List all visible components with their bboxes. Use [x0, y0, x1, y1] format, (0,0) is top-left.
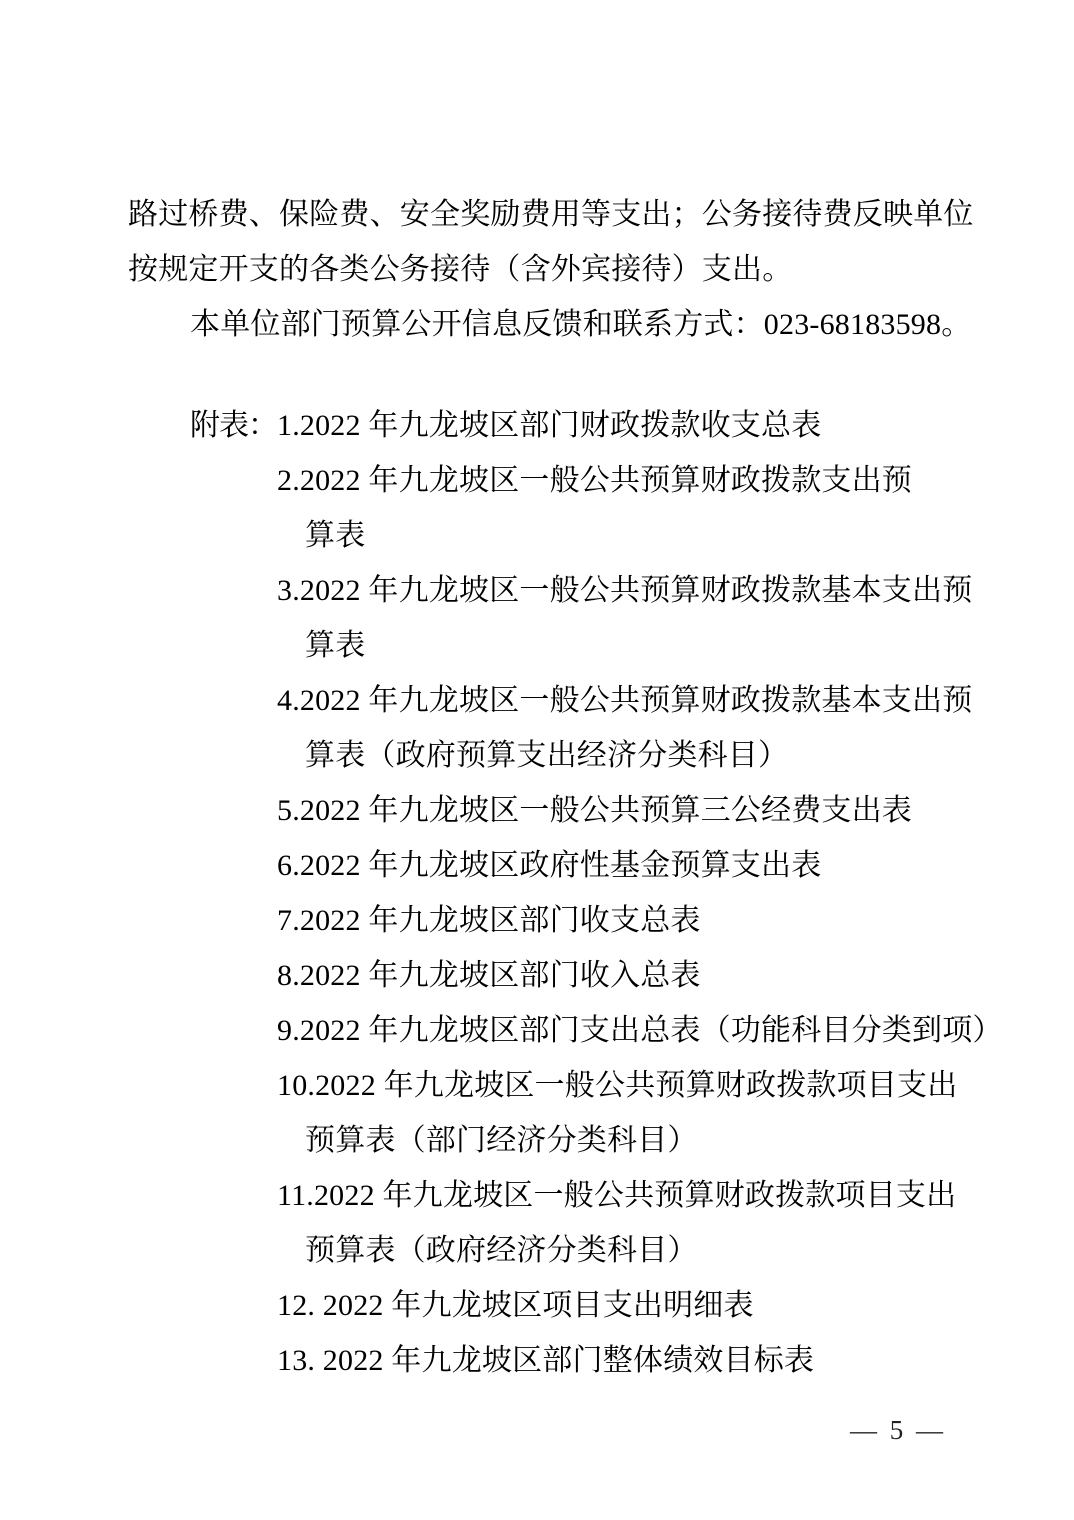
attachment-item: 11.2022 年九龙坡区一般公共预算财政拨款项目支出预算表（政府经济分类科目） — [277, 1168, 958, 1278]
attachment-item: 4.2022 年九龙坡区一般公共预算财政拨款基本支出预算表（政府预算支出经济分类… — [277, 673, 958, 783]
attachment-list-label: 附表： — [190, 398, 277, 453]
page-content: 路过桥费、保险费、安全奖励费用等支出；公务接待费反映单位按规定开支的各类公务接待… — [128, 187, 958, 1388]
attachment-item: 12. 2022 年九龙坡区项目支出明细表 — [277, 1278, 958, 1333]
attachment-item-line: 11.2022 年九龙坡区一般公共预算财政拨款项目支出 — [277, 1168, 958, 1223]
page-number-text: — 5 — — [850, 1415, 946, 1445]
attachment-item-line: 算表 — [277, 618, 958, 673]
attachment-item-line: 4.2022 年九龙坡区一般公共预算财政拨款基本支出预 — [277, 673, 958, 728]
body-paragraphs: 路过桥费、保险费、安全奖励费用等支出；公务接待费反映单位按规定开支的各类公务接待… — [128, 187, 958, 352]
attachment-item: 8.2022 年九龙坡区部门收入总表 — [277, 948, 958, 1003]
document-page: 路过桥费、保险费、安全奖励费用等支出；公务接待费反映单位按规定开支的各类公务接待… — [0, 0, 1074, 1520]
attachment-item-line: 13. 2022 年九龙坡区部门整体绩效目标表 — [277, 1333, 958, 1388]
attachment-item-line: 12. 2022 年九龙坡区项目支出明细表 — [277, 1278, 958, 1333]
attachment-item: 10.2022 年九龙坡区一般公共预算财政拨款项目支出预算表（部门经济分类科目） — [277, 1058, 958, 1168]
attachment-item-line: 8.2022 年九龙坡区部门收入总表 — [277, 948, 958, 1003]
attachment-item-line: 5.2022 年九龙坡区一般公共预算三公经费支出表 — [277, 783, 958, 838]
attachment-item-line: 算表 — [277, 508, 958, 563]
attachment-item-line: 6.2022 年九龙坡区政府性基金预算支出表 — [277, 838, 958, 893]
page-number: — 5 — — [850, 1412, 946, 1448]
attachment-item-line: 1.2022 年九龙坡区部门财政拨款收支总表 — [277, 398, 958, 453]
attachment-item: 2.2022 年九龙坡区一般公共预算财政拨款支出预算表 — [277, 453, 958, 563]
attachment-item-line: 3.2022 年九龙坡区一般公共预算财政拨款基本支出预 — [277, 563, 958, 618]
attachment-item-line: 9.2022 年九龙坡区部门支出总表（功能科目分类到项） — [277, 1003, 958, 1058]
paragraph-line: 路过桥费、保险费、安全奖励费用等支出；公务接待费反映单位 — [128, 187, 958, 242]
attachment-item: 1.2022 年九龙坡区部门财政拨款收支总表 — [277, 398, 958, 453]
attachment-item-line: 10.2022 年九龙坡区一般公共预算财政拨款项目支出 — [277, 1058, 958, 1113]
attachment-list-section: 附表： 1.2022 年九龙坡区部门财政拨款收支总表2.2022 年九龙坡区一般… — [128, 398, 958, 1388]
paragraph-line: 本单位部门预算公开信息反馈和联系方式：023-68183598。 — [128, 297, 958, 352]
attachment-item: 13. 2022 年九龙坡区部门整体绩效目标表 — [277, 1333, 958, 1388]
attachment-item-line: 2.2022 年九龙坡区一般公共预算财政拨款支出预 — [277, 453, 958, 508]
attachment-item-line: 7.2022 年九龙坡区部门收支总表 — [277, 893, 958, 948]
paragraph: 路过桥费、保险费、安全奖励费用等支出；公务接待费反映单位按规定开支的各类公务接待… — [128, 187, 958, 297]
attachment-item: 7.2022 年九龙坡区部门收支总表 — [277, 893, 958, 948]
attachment-item: 5.2022 年九龙坡区一般公共预算三公经费支出表 — [277, 783, 958, 838]
attachment-item-line: 算表（政府预算支出经济分类科目） — [277, 728, 958, 783]
paragraph: 本单位部门预算公开信息反馈和联系方式：023-68183598。 — [128, 297, 958, 352]
attachment-item: 6.2022 年九龙坡区政府性基金预算支出表 — [277, 838, 958, 893]
paragraph-line: 按规定开支的各类公务接待（含外宾接待）支出。 — [128, 242, 958, 297]
attachment-item: 3.2022 年九龙坡区一般公共预算财政拨款基本支出预算表 — [277, 563, 958, 673]
attachment-list: 1.2022 年九龙坡区部门财政拨款收支总表2.2022 年九龙坡区一般公共预算… — [277, 398, 958, 1388]
attachment-item-line: 预算表（政府经济分类科目） — [277, 1223, 958, 1278]
attachment-item-line: 预算表（部门经济分类科目） — [277, 1113, 958, 1168]
attachment-item: 9.2022 年九龙坡区部门支出总表（功能科目分类到项） — [277, 1003, 958, 1058]
